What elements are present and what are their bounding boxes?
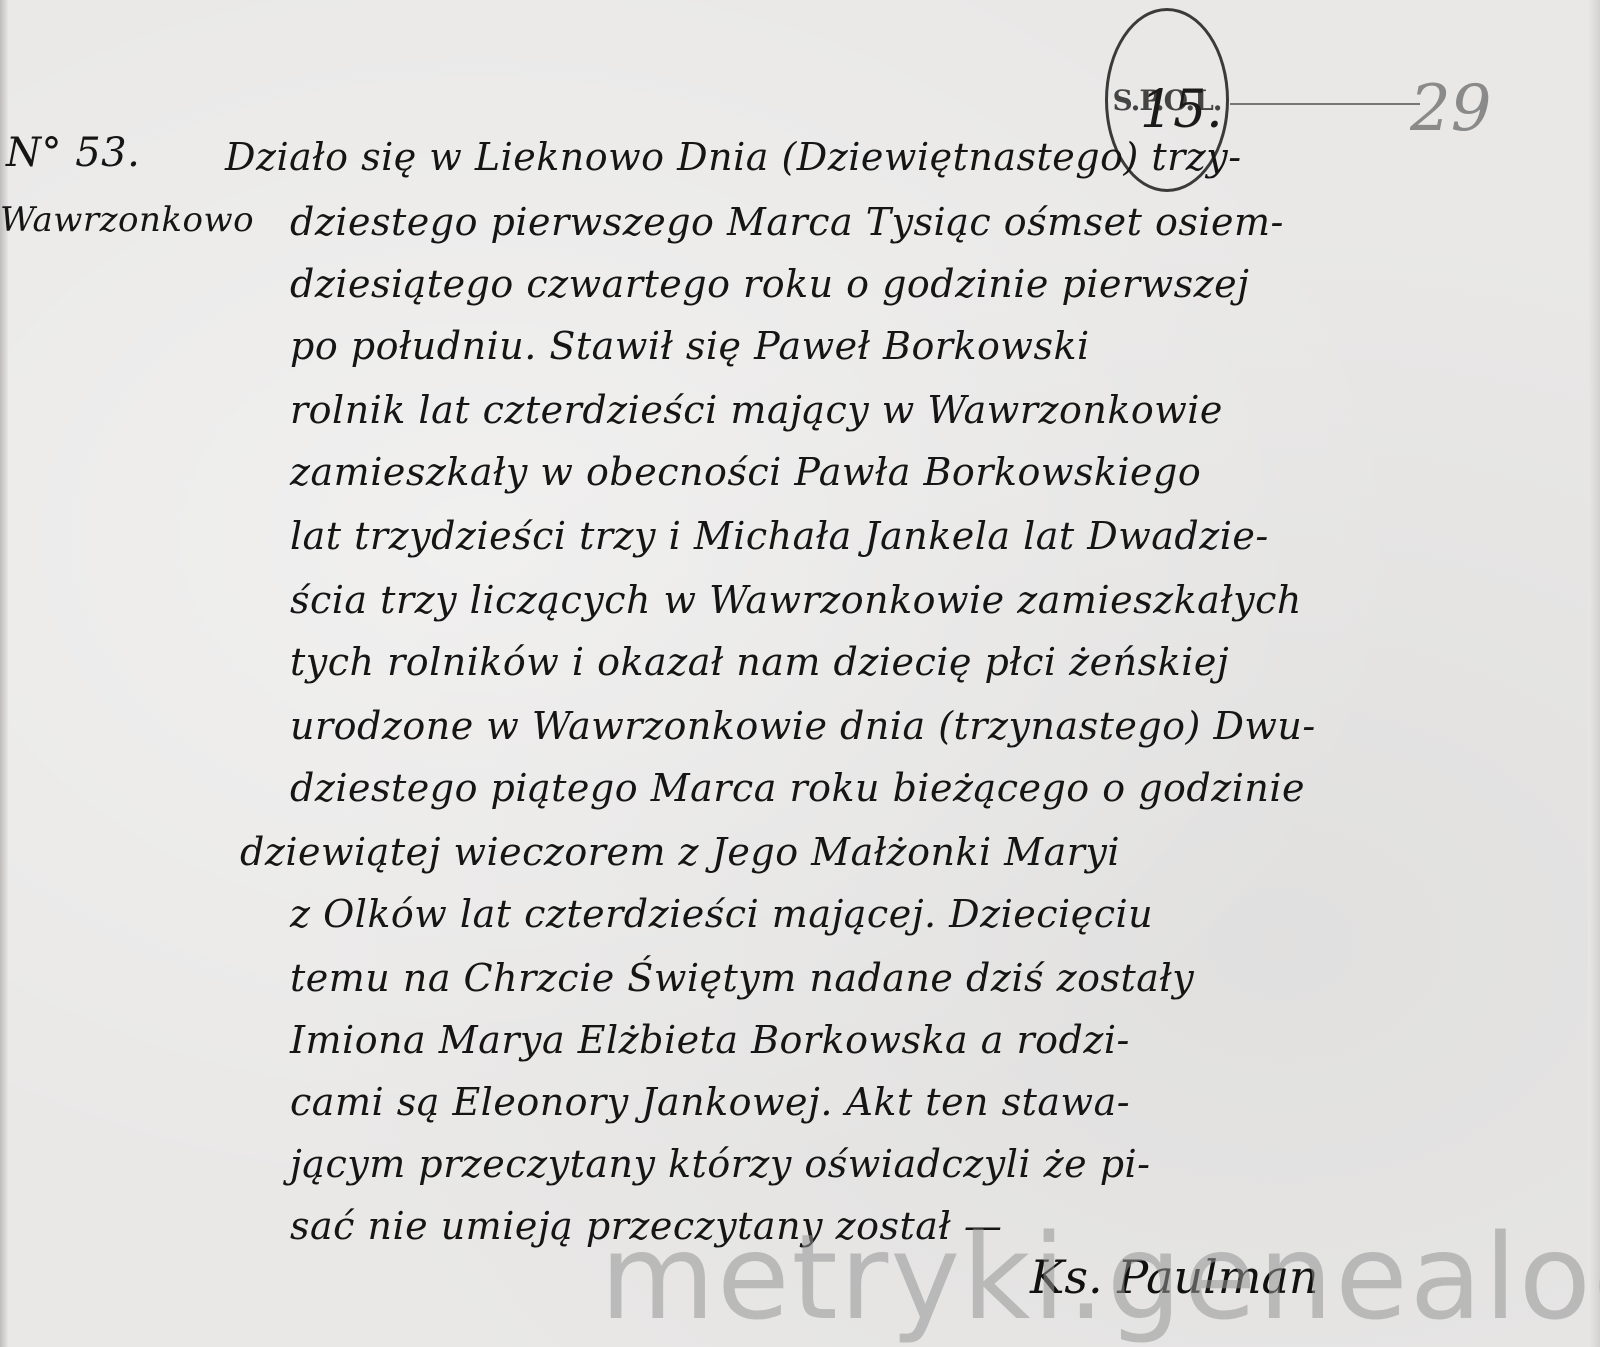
body-line: dziestego piątego Marca roku bieżącego o… — [290, 766, 1305, 810]
margin-place-name: Wawrzonkowo — [0, 200, 254, 240]
watermark: metryki.genealodzy.pl — [600, 1218, 1600, 1336]
page-right-edge — [1588, 0, 1600, 1347]
body-line: po południu. Stawił się Paweł Borkowski — [290, 324, 1090, 368]
record-number: N° 53. — [6, 130, 140, 176]
body-line: Działo się w Lieknowo Dnia (Dziewiętnast… — [225, 135, 1242, 179]
body-line: temu na Chrzcie Świętym nadane dziś zost… — [290, 956, 1194, 1000]
folio-number-new: 29 — [1410, 72, 1491, 146]
body-line: Imiona Marya Elżbieta Borkowska a rodzi- — [290, 1018, 1130, 1062]
body-line: dziewiątej wieczorem z Jego Małżonki Mar… — [240, 830, 1120, 874]
folio-strikethrough — [1230, 103, 1420, 105]
body-line: rolnik lat czterdzieści mający w Wawrzon… — [290, 388, 1223, 432]
body-line: ścia trzy liczących w Wawrzonkowie zamie… — [290, 578, 1302, 622]
body-line: urodzone w Wawrzonkowie dnia (trzynasteg… — [290, 704, 1316, 748]
body-line: jącym przeczytany którzy oświadczyli że … — [290, 1142, 1151, 1186]
body-line: tych rolników i okazał nam dziecię płci … — [290, 640, 1229, 684]
body-line: dziestego pierwszego Marca Tysiąc ośmset… — [290, 200, 1284, 244]
body-line-with-child-name: Imiona Marya Elżbieta Borkowska a rodzi- — [290, 1018, 1130, 1062]
body-line: lat trzydzieści trzy i Michała Jankela l… — [290, 514, 1269, 558]
body-line: zamieszkały w obecności Pawła Borkowskie… — [290, 450, 1201, 494]
document-page: S.P.O.L. 15. 29 N° 53. Wawrzonkowo Dział… — [0, 0, 1600, 1347]
body-line: z Olków lat czterdzieści mającej. Dzieci… — [290, 892, 1153, 936]
body-line: dziesiątego czwartego roku o godzinie pi… — [290, 262, 1249, 306]
folio-number-old: 15. — [1140, 80, 1223, 140]
body-line: cami są Eleonory Jankowej. Akt ten stawa… — [290, 1080, 1130, 1124]
